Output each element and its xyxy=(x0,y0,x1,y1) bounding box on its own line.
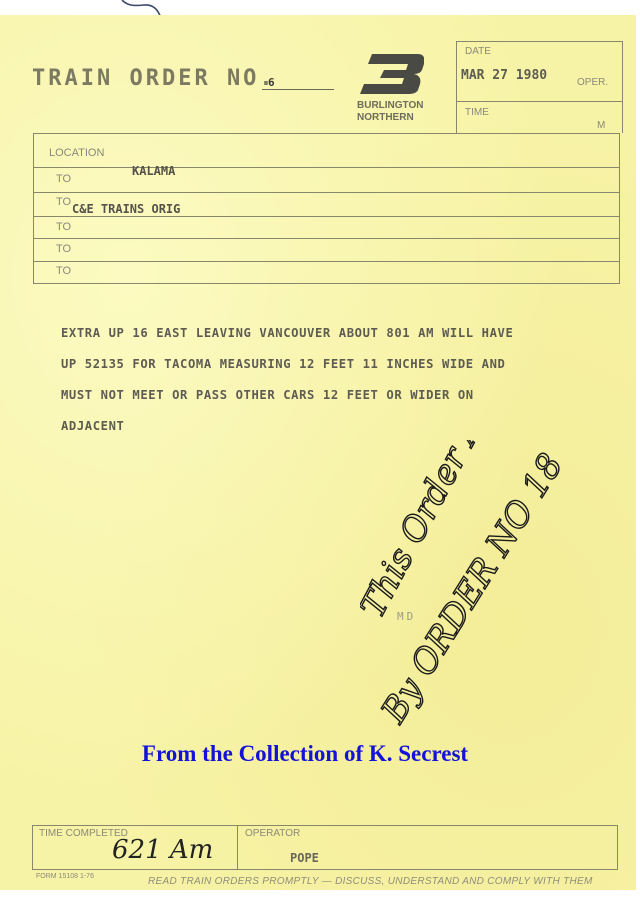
order-number: 6 xyxy=(262,76,334,90)
order-line: EXTRA UP 16 EAST LEAVING VANCOUVER ABOUT… xyxy=(61,318,621,349)
operator-label: OPERATOR xyxy=(245,828,300,839)
collection-credit: From the Collection of K. Secrest xyxy=(0,741,610,767)
time-label: TIME xyxy=(465,107,489,118)
form-number: FORM 15108 1-76 xyxy=(36,873,94,880)
oper-label: OPER. xyxy=(577,77,608,88)
to-label: TO xyxy=(56,243,71,255)
to-label: TO xyxy=(56,173,71,185)
order-line: UP 52135 FOR TACOMA MEASURING 12 FEET 11… xyxy=(61,349,621,380)
order-body: EXTRA UP 16 EAST LEAVING VANCOUVER ABOUT… xyxy=(61,318,621,442)
form-title: TRAIN ORDER NO. xyxy=(32,66,276,91)
order-line: MUST NOT MEET OR PASS OTHER CARS 12 FEET… xyxy=(61,380,621,411)
railroad-name-line1: BURLINGTON xyxy=(357,100,423,112)
operator-value: POPE xyxy=(290,851,319,865)
footer-note: READ TRAIN ORDERS PROMPTLY — DISCUSS, UN… xyxy=(148,876,593,887)
location-label: LOCATION xyxy=(49,147,104,159)
date-time-box: DATE MAR 27 1980 OPER. TIME M xyxy=(456,41,623,133)
location-value: KALAMA xyxy=(132,164,175,178)
railroad-name-line2: NORTHERN xyxy=(357,112,423,124)
to-label: TO xyxy=(56,221,71,233)
date-value: MAR 27 1980 xyxy=(461,68,547,83)
to-value: C&E TRAINS ORIG xyxy=(72,202,180,216)
date-label: DATE xyxy=(465,46,491,57)
annulment-handwriting: This Order Annulled By ORDER NO 18 xyxy=(360,440,590,730)
to-label: TO xyxy=(56,196,71,208)
to-label: TO xyxy=(56,265,71,277)
time-completed-value: 621 Am xyxy=(112,835,213,865)
railroad-name: BURLINGTON NORTHERN xyxy=(357,100,423,124)
order-line: ADJACENT xyxy=(61,411,621,442)
time-suffix: M xyxy=(597,120,605,131)
addressing-box: LOCATION TO TO TO TO TO KALAMA C&E TRAIN… xyxy=(33,133,620,284)
